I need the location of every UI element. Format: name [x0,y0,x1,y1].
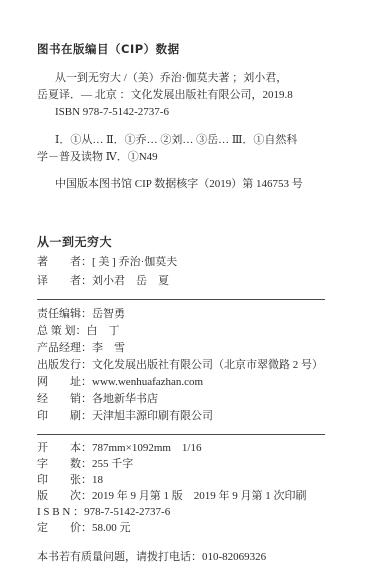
row-label: 出版发行： [37,357,92,374]
distributor-row: 经 销： 各地新华书店 [37,391,339,408]
row-label: I S B N ： [37,504,84,520]
website-row: 网 址： www.wenhuafazhan.com [37,374,339,391]
print-spec-rows: 开 本： 787mm×1092mm 1/16 字 数： 255 千字 印 张： … [37,440,339,536]
row-label: 定 价： [37,520,92,536]
chief-planner-row: 总 策 划： 白 丁 [37,323,339,340]
row-value: 978-7-5142-2737-6 [84,504,170,520]
row-value: 58.00 元 [92,520,131,536]
publisher-row: 出版发行： 文化发展出版社有限公司（北京市翠微路 2 号） [37,357,339,374]
row-label: 版 次： [37,488,92,504]
isbn-row: I S B N ： 978-7-5142-2737-6 [37,504,339,520]
row-label: 著 者： [37,253,92,272]
row-label: 译 者： [37,272,92,291]
row-label: 网 址： [37,374,92,391]
author-row: 著 者： [ 美 ] 乔治·伽莫夫 [37,253,339,272]
cip-paragraph-line: 岳夏译．— 北京 ：文化发展出版社有限公司，2019.8 [37,87,339,104]
row-value: 255 千字 [92,456,133,472]
cip-classification-line: 学－普及读物 Ⅳ．①N49 [37,149,339,166]
cip-record-number: 中国版本图书馆 CIP 数据核字（2019）第 146753 号 [37,176,339,193]
row-label: 责任编辑： [37,306,92,323]
book-info-rows: 著 者： [ 美 ] 乔治·伽莫夫 译 者： 刘小君 岳 夏 [37,253,339,291]
row-label: 开 本： [37,440,92,456]
row-value: 李 雪 [92,340,125,357]
row-value: 刘小君 岳 夏 [92,272,169,291]
row-value: 天津旭丰源印刷有限公司 [92,408,213,425]
row-label: 总 策 划： [37,323,87,340]
product-manager-row: 产品经理： 李 雪 [37,340,339,357]
cip-classification: Ⅰ．①从… Ⅱ．①乔… ②刘… ③岳… Ⅲ．①自然科 学－普及读物 Ⅳ．①N49 [37,132,339,166]
row-label: 经 销： [37,391,92,408]
price-row: 定 价： 58.00 元 [37,520,339,536]
row-value: 2019 年 9 月第 1 版 2019 年 9 月第 1 次印刷 [92,488,307,504]
row-value: 岳智勇 [92,306,125,323]
separator-line [37,434,325,435]
cip-heading: 图书在版编目（CIP）数据 [37,41,339,57]
row-value: [ 美 ] 乔治·伽莫夫 [92,253,177,272]
copyright-page: 图书在版编目（CIP）数据 从一到无穷大 /（美）乔治·伽莫夫著 ；刘小君， 岳… [0,0,375,566]
page-content: 图书在版编目（CIP）数据 从一到无穷大 /（美）乔治·伽莫夫著 ；刘小君， 岳… [0,0,375,566]
editor-row: 责任编辑： 岳智勇 [37,306,339,323]
book-title: 从一到无穷大 [37,233,339,251]
row-label: 印 刷： [37,408,92,425]
edition-row: 版 次： 2019 年 9 月第 1 版 2019 年 9 月第 1 次印刷 [37,488,339,504]
cip-isbn-line: ISBN 978-7-5142-2737-6 [37,104,339,121]
row-value: 18 [92,472,103,488]
cip-paragraph-line: 从一到无穷大 /（美）乔治·伽莫夫著 ；刘小君， [37,70,339,87]
printer-row: 印 刷： 天津旭丰源印刷有限公司 [37,408,339,425]
format-row: 开 本： 787mm×1092mm 1/16 [37,440,339,456]
row-value: 各地新华书店 [92,391,158,408]
separator-line [37,299,325,300]
cip-paragraph: 从一到无穷大 /（美）乔治·伽莫夫著 ；刘小君， 岳夏译．— 北京 ：文化发展出… [37,70,339,121]
row-value: 白 丁 [87,323,120,340]
row-label: 字 数： [37,456,92,472]
sheets-row: 印 张： 18 [37,472,339,488]
publisher-info-rows: 责任编辑： 岳智勇 总 策 划： 白 丁 产品经理： 李 雪 出版发行： 文化发… [37,306,339,425]
row-label: 产品经理： [37,340,92,357]
row-value: www.wenhuafazhan.com [92,374,203,391]
word-count-row: 字 数： 255 千字 [37,456,339,472]
row-label: 印 张： [37,472,92,488]
quality-hotline-note: 本书若有质量问题，请拨打电话：010-82069326 [37,549,339,566]
translator-row: 译 者： 刘小君 岳 夏 [37,272,339,291]
row-value: 文化发展出版社有限公司（北京市翠微路 2 号） [92,357,323,374]
cip-classification-line: Ⅰ．①从… Ⅱ．①乔… ②刘… ③岳… Ⅲ．①自然科 [37,132,339,149]
row-value: 787mm×1092mm 1/16 [92,440,201,456]
